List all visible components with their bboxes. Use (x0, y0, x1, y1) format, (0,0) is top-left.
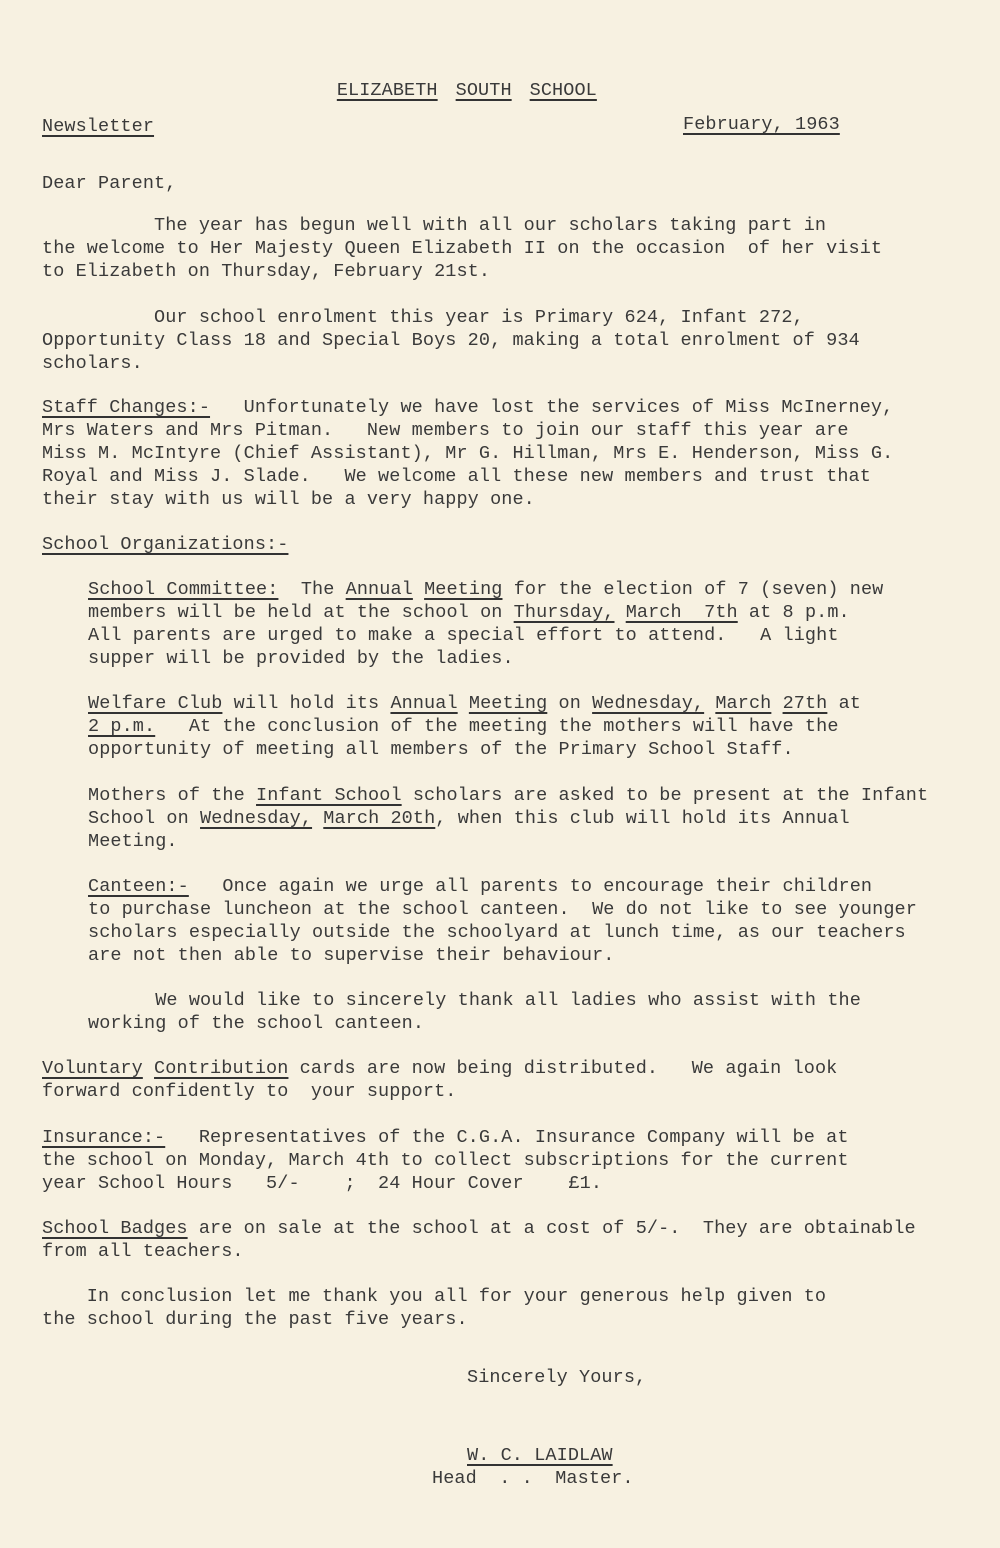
welfare-line: opportunity of meeting all members of th… (88, 738, 794, 761)
welfare-line: Welfare Club will hold its Annual Meetin… (88, 692, 861, 715)
text (458, 693, 469, 714)
canteen-line: Canteen:- Once again we urge all parents… (88, 875, 872, 898)
title-word: ELIZABETH (337, 80, 438, 101)
text: Infant School (256, 785, 402, 806)
committee-line: members will be held at the school on Th… (88, 601, 850, 624)
staff-line: Mrs Waters and Mrs Pitman. New members t… (42, 419, 849, 442)
insurance-line: year School Hours 5/- ; 24 Hour Cover £1… (42, 1172, 602, 1195)
text: March 20th (323, 808, 435, 829)
mothers-line: School on Wednesday, March 20th, when th… (88, 807, 850, 830)
text: are on sale at the school at a cost of 5… (188, 1218, 916, 1239)
salutation: Dear Parent, (42, 172, 176, 195)
text: 27th (783, 693, 828, 714)
signatory-title: Head . . Master. (432, 1467, 634, 1490)
text: Meeting (424, 579, 502, 600)
staff-text: Unfortunately we have lost the services … (210, 397, 893, 418)
thanks-line: We would like to sincerely thank all lad… (88, 989, 861, 1012)
newsletter-date: February, 1963 (683, 113, 840, 136)
canteen-line: to purchase luncheon at the school cante… (88, 898, 917, 921)
insurance-line: the school on Monday, March 4th to colle… (42, 1149, 849, 1172)
enrolment-line: scholars. (42, 352, 143, 375)
text: cards are now being distributed. We agai… (288, 1058, 837, 1079)
text: Wednesday, (200, 808, 312, 829)
text: At the conclusion of the meeting the mot… (155, 716, 838, 737)
text (312, 808, 323, 829)
staff-changes-heading: Staff Changes:- (42, 397, 210, 418)
canteen-heading: Canteen:- (88, 876, 189, 897)
text (413, 579, 424, 600)
text: will hold its (222, 693, 390, 714)
text: scholars are asked to be present at the … (402, 785, 929, 806)
conclusion-line: the school during the past five years. (42, 1308, 468, 1331)
enrolment-line: Opportunity Class 18 and Special Boys 20… (42, 329, 860, 352)
thanks-line: working of the school canteen. (88, 1012, 424, 1035)
canteen-line: scholars especially outside the schoolya… (88, 921, 906, 944)
intro-line: The year has begun well with all our sch… (42, 214, 826, 237)
mothers-line: Meeting. (88, 830, 178, 853)
badges-heading: School Badges (42, 1218, 188, 1239)
committee-line: supper will be provided by the ladies. (88, 647, 514, 670)
text: March 7th (626, 602, 738, 623)
badges-line: from all teachers. (42, 1240, 244, 1263)
text: Wednesday, (592, 693, 704, 714)
welfare-line: 2 p.m. At the conclusion of the meeting … (88, 715, 839, 738)
organizations-heading: School Organizations:- (42, 533, 288, 556)
voluntary-line: Voluntary Contribution cards are now bei… (42, 1057, 837, 1080)
text: Annual (390, 693, 457, 714)
text: Annual (346, 579, 413, 600)
staff-line: Royal and Miss J. Slade. We welcome all … (42, 465, 871, 488)
staff-line: their stay with us will be a very happy … (42, 488, 535, 511)
text: at (827, 693, 861, 714)
text: , when this club will hold its Annual (435, 808, 849, 829)
mothers-line: Mothers of the Infant School scholars ar… (88, 784, 928, 807)
text: March (715, 693, 771, 714)
text (704, 693, 715, 714)
intro-line: to Elizabeth on Thursday, February 21st. (42, 260, 490, 283)
conclusion-line: In conclusion let me thank you all for y… (42, 1285, 826, 1308)
staff-changes-line: Staff Changes:- Unfortunately we have lo… (42, 396, 893, 419)
staff-line: Miss M. McIntyre (Chief Assistant), Mr G… (42, 442, 893, 465)
enrolment-line: Our school enrolment this year is Primar… (42, 306, 804, 329)
voluntary-line: forward confidently to your support. (42, 1080, 456, 1103)
text: Mothers of the (88, 785, 256, 806)
valediction: Sincerely Yours, (467, 1366, 646, 1389)
newsletter-page: ELIZABETHSOUTHSCHOOL Newsletter February… (0, 0, 1000, 1548)
intro-line: the welcome to Her Majesty Queen Elizabe… (42, 237, 882, 260)
text: The (278, 579, 345, 600)
text (771, 693, 782, 714)
insurance-heading: Insurance:- (42, 1127, 165, 1148)
text: at 8 p.m. (738, 602, 850, 623)
text: Contribution (154, 1058, 288, 1079)
committee-heading: School Committee: (88, 579, 278, 600)
committee-line: School Committee: The Annual Meeting for… (88, 578, 883, 601)
text: Representatives of the C.G.A. Insurance … (165, 1127, 848, 1148)
text: 2 p.m. (88, 716, 155, 737)
insurance-line: Insurance:- Representatives of the C.G.A… (42, 1126, 849, 1149)
text: School on (88, 808, 200, 829)
school-title: ELIZABETHSOUTHSCHOOL (292, 56, 615, 125)
text: members will be held at the school on (88, 602, 514, 623)
text: Welfare Club (88, 693, 222, 714)
committee-line: All parents are urged to make a special … (88, 624, 839, 647)
signatory-name: W. C. LAIDLAW (467, 1444, 613, 1467)
text: Voluntary (42, 1058, 143, 1079)
doc-type: Newsletter (42, 115, 154, 138)
text: for the election of 7 (seven) new (503, 579, 884, 600)
text: Meeting (469, 693, 547, 714)
text: Thursday, (514, 602, 615, 623)
text (615, 602, 626, 623)
text: Once again we urge all parents to encour… (189, 876, 872, 897)
title-word: SOUTH (456, 80, 512, 101)
canteen-line: are not then able to supervise their beh… (88, 944, 615, 967)
badges-line: School Badges are on sale at the school … (42, 1217, 916, 1240)
title-word: SCHOOL (530, 80, 597, 101)
text: on (547, 693, 592, 714)
